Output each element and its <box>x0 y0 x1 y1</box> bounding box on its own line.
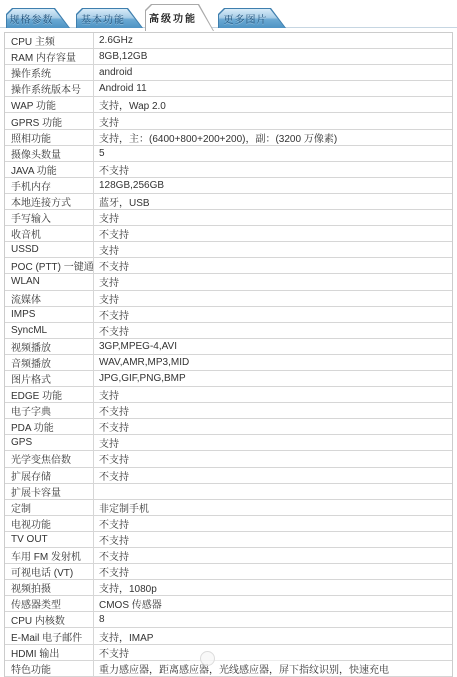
spec-label: E-Mail 电子邮件 <box>5 628 94 643</box>
table-row: RAM 内存容量8GB,12GB <box>5 49 452 65</box>
tab-label: 高级功能 <box>145 4 201 31</box>
spec-label: 传感器类型 <box>5 596 94 611</box>
spec-label: 操作系统版本号 <box>5 81 94 96</box>
spec-value: android <box>94 65 452 80</box>
spec-value: 非定制手机 <box>94 500 452 515</box>
spec-value: 8GB,12GB <box>94 49 452 64</box>
spec-value: 支持 <box>94 113 452 128</box>
spec-value: 不支持 <box>94 419 452 434</box>
spec-label: WLAN <box>5 274 94 289</box>
spec-label: 视频拍摄 <box>5 580 94 595</box>
spec-value <box>94 484 452 499</box>
spec-label: 扩展卡容量 <box>5 484 94 499</box>
table-row: 收音机不支持 <box>5 226 452 242</box>
table-row: 图片格式JPG,GIF,PNG,BMP <box>5 371 452 387</box>
table-row: 视频拍摄支持，1080p <box>5 580 452 596</box>
spec-label: HDMI 输出 <box>5 645 94 660</box>
table-row: 扩展存储不支持 <box>5 468 452 484</box>
spec-value: CMOS 传感器 <box>94 596 452 611</box>
table-row: SyncML不支持 <box>5 323 452 339</box>
table-row: PDA 功能不支持 <box>5 419 452 435</box>
spec-label: 图片格式 <box>5 371 94 386</box>
table-row: 视频播放3GP,MPEG-4,AVI <box>5 339 452 355</box>
spec-value: 支持 <box>94 387 452 402</box>
spec-value: 不支持 <box>94 323 452 338</box>
table-row: JAVA 功能不支持 <box>5 162 452 178</box>
table-row: E-Mail 电子邮件支持，IMAP <box>5 628 452 644</box>
spec-label: 手机内存 <box>5 178 94 193</box>
spec-label: 收音机 <box>5 226 94 241</box>
spec-value: 蓝牙，USB <box>94 194 452 209</box>
spec-value: 支持 <box>94 291 452 306</box>
table-row: 扩展卡容量 <box>5 484 452 500</box>
table-row: 摄像头数量5 <box>5 146 452 162</box>
spec-value: 5 <box>94 146 452 161</box>
spec-label: TV OUT <box>5 532 94 547</box>
spec-label: RAM 内存容量 <box>5 49 94 64</box>
table-row: 操作系统android <box>5 65 452 81</box>
table-row: TV OUT不支持 <box>5 532 452 548</box>
spec-label: 本地连接方式 <box>5 194 94 209</box>
spec-label: 定制 <box>5 500 94 515</box>
spec-label: 照相功能 <box>5 130 94 145</box>
spec-value: Android 11 <box>94 81 452 96</box>
spec-label: 车用 FM 发射机 <box>5 548 94 563</box>
spec-value: 不支持 <box>94 162 452 177</box>
table-row: 电视功能不支持 <box>5 516 452 532</box>
table-row: EDGE 功能支持 <box>5 387 452 403</box>
table-row: GPS支持 <box>5 435 452 451</box>
table-row: 流媒体支持 <box>5 291 452 307</box>
tab-bar: 规格参数基本功能高级功能更多图片 <box>0 4 457 32</box>
spec-value: WAV,AMR,MP3,MID <box>94 355 452 370</box>
tab-label: 规格参数 <box>6 8 57 28</box>
spec-label: 手写输入 <box>5 210 94 225</box>
spec-label: 电子字典 <box>5 403 94 418</box>
table-row: POC (PTT) 一键通不支持 <box>5 258 452 274</box>
spec-label: WAP 功能 <box>5 97 94 112</box>
spec-label: 光学变焦倍数 <box>5 451 94 466</box>
spec-label: 可视电话 (VT) <box>5 564 94 579</box>
table-row: 操作系统版本号Android 11 <box>5 81 452 97</box>
spec-label: GPRS 功能 <box>5 113 94 128</box>
spec-label: JAVA 功能 <box>5 162 94 177</box>
tab-1[interactable]: 规格参数 <box>6 8 70 28</box>
tab-label: 基本功能 <box>76 8 130 28</box>
spec-label: 扩展存储 <box>5 468 94 483</box>
spec-label: 特色功能 <box>5 661 94 676</box>
spec-value: 不支持 <box>94 532 452 547</box>
spec-label: GPS <box>5 435 94 450</box>
table-row: CPU 内核数8 <box>5 612 452 628</box>
spec-label: 流媒体 <box>5 291 94 306</box>
table-row: 电子字典不支持 <box>5 403 452 419</box>
spec-value: 2.6GHz <box>94 33 452 48</box>
spec-value: 128GB,256GB <box>94 178 452 193</box>
tab-4[interactable]: 更多图片 <box>218 8 286 28</box>
spec-value: 支持，Wap 2.0 <box>94 97 452 112</box>
table-row: WAP 功能支持，Wap 2.0 <box>5 97 452 113</box>
spec-value: 不支持 <box>94 307 452 322</box>
table-row: GPRS 功能支持 <box>5 113 452 129</box>
spec-value: JPG,GIF,PNG,BMP <box>94 371 452 386</box>
spec-value: 不支持 <box>94 451 452 466</box>
spec-value: 不支持 <box>94 548 452 563</box>
tab-label: 更多图片 <box>218 8 273 28</box>
table-row: 手写输入支持 <box>5 210 452 226</box>
spec-label: CPU 内核数 <box>5 612 94 627</box>
table-row: 光学变焦倍数不支持 <box>5 451 452 467</box>
spec-value: 不支持 <box>94 645 452 660</box>
spec-value: 支持 <box>94 274 452 289</box>
spec-table: CPU 主频2.6GHzRAM 内存容量8GB,12GB操作系统android操… <box>4 32 453 677</box>
table-row: 手机内存128GB,256GB <box>5 178 452 194</box>
spec-value: 支持 <box>94 242 452 257</box>
spec-value: 8 <box>94 612 452 627</box>
spec-value: 不支持 <box>94 564 452 579</box>
spec-label: SyncML <box>5 323 94 338</box>
spec-value: 重力感应器，距离感应器，光线感应器，屏下指纹识别，快速充电 <box>94 661 452 676</box>
spec-label: CPU 主频 <box>5 33 94 48</box>
tab-3[interactable]: 高级功能 <box>145 4 214 31</box>
table-row: USSD支持 <box>5 242 452 258</box>
spec-label: IMPS <box>5 307 94 322</box>
table-row: IMPS不支持 <box>5 307 452 323</box>
table-row: WLAN支持 <box>5 274 452 290</box>
spec-label: 音频播放 <box>5 355 94 370</box>
spec-value: 支持 <box>94 435 452 450</box>
spec-value: 支持，IMAP <box>94 628 452 643</box>
spec-label: 电视功能 <box>5 516 94 531</box>
spec-value: 支持，主：(6400+800+200+200)，副：(3200 万像素) <box>94 130 452 145</box>
spec-label: 视频播放 <box>5 339 94 354</box>
spec-label: PDA 功能 <box>5 419 94 434</box>
table-row: 特色功能重力感应器，距离感应器，光线感应器，屏下指纹识别，快速充电 <box>5 661 452 677</box>
tab-2[interactable]: 基本功能 <box>76 8 143 28</box>
spec-label: POC (PTT) 一键通 <box>5 258 94 273</box>
table-row: 音频播放WAV,AMR,MP3,MID <box>5 355 452 371</box>
spec-value: 支持，1080p <box>94 580 452 595</box>
table-row: CPU 主频2.6GHz <box>5 33 452 49</box>
table-row: 照相功能支持，主：(6400+800+200+200)，副：(3200 万像素) <box>5 130 452 146</box>
table-row: HDMI 输出不支持 <box>5 645 452 661</box>
spec-label: USSD <box>5 242 94 257</box>
spec-value: 不支持 <box>94 226 452 241</box>
spec-value: 不支持 <box>94 403 452 418</box>
spec-label: 操作系统 <box>5 65 94 80</box>
table-row: 传感器类型CMOS 传感器 <box>5 596 452 612</box>
table-row: 可视电话 (VT)不支持 <box>5 564 452 580</box>
table-row: 本地连接方式蓝牙，USB <box>5 194 452 210</box>
table-row: 定制非定制手机 <box>5 500 452 516</box>
spec-value: 不支持 <box>94 258 452 273</box>
spec-value: 不支持 <box>94 516 452 531</box>
table-row: 车用 FM 发射机不支持 <box>5 548 452 564</box>
spec-label: EDGE 功能 <box>5 387 94 402</box>
spec-value: 不支持 <box>94 468 452 483</box>
spec-value: 支持 <box>94 210 452 225</box>
spec-label: 摄像头数量 <box>5 146 94 161</box>
spec-value: 3GP,MPEG-4,AVI <box>94 339 452 354</box>
